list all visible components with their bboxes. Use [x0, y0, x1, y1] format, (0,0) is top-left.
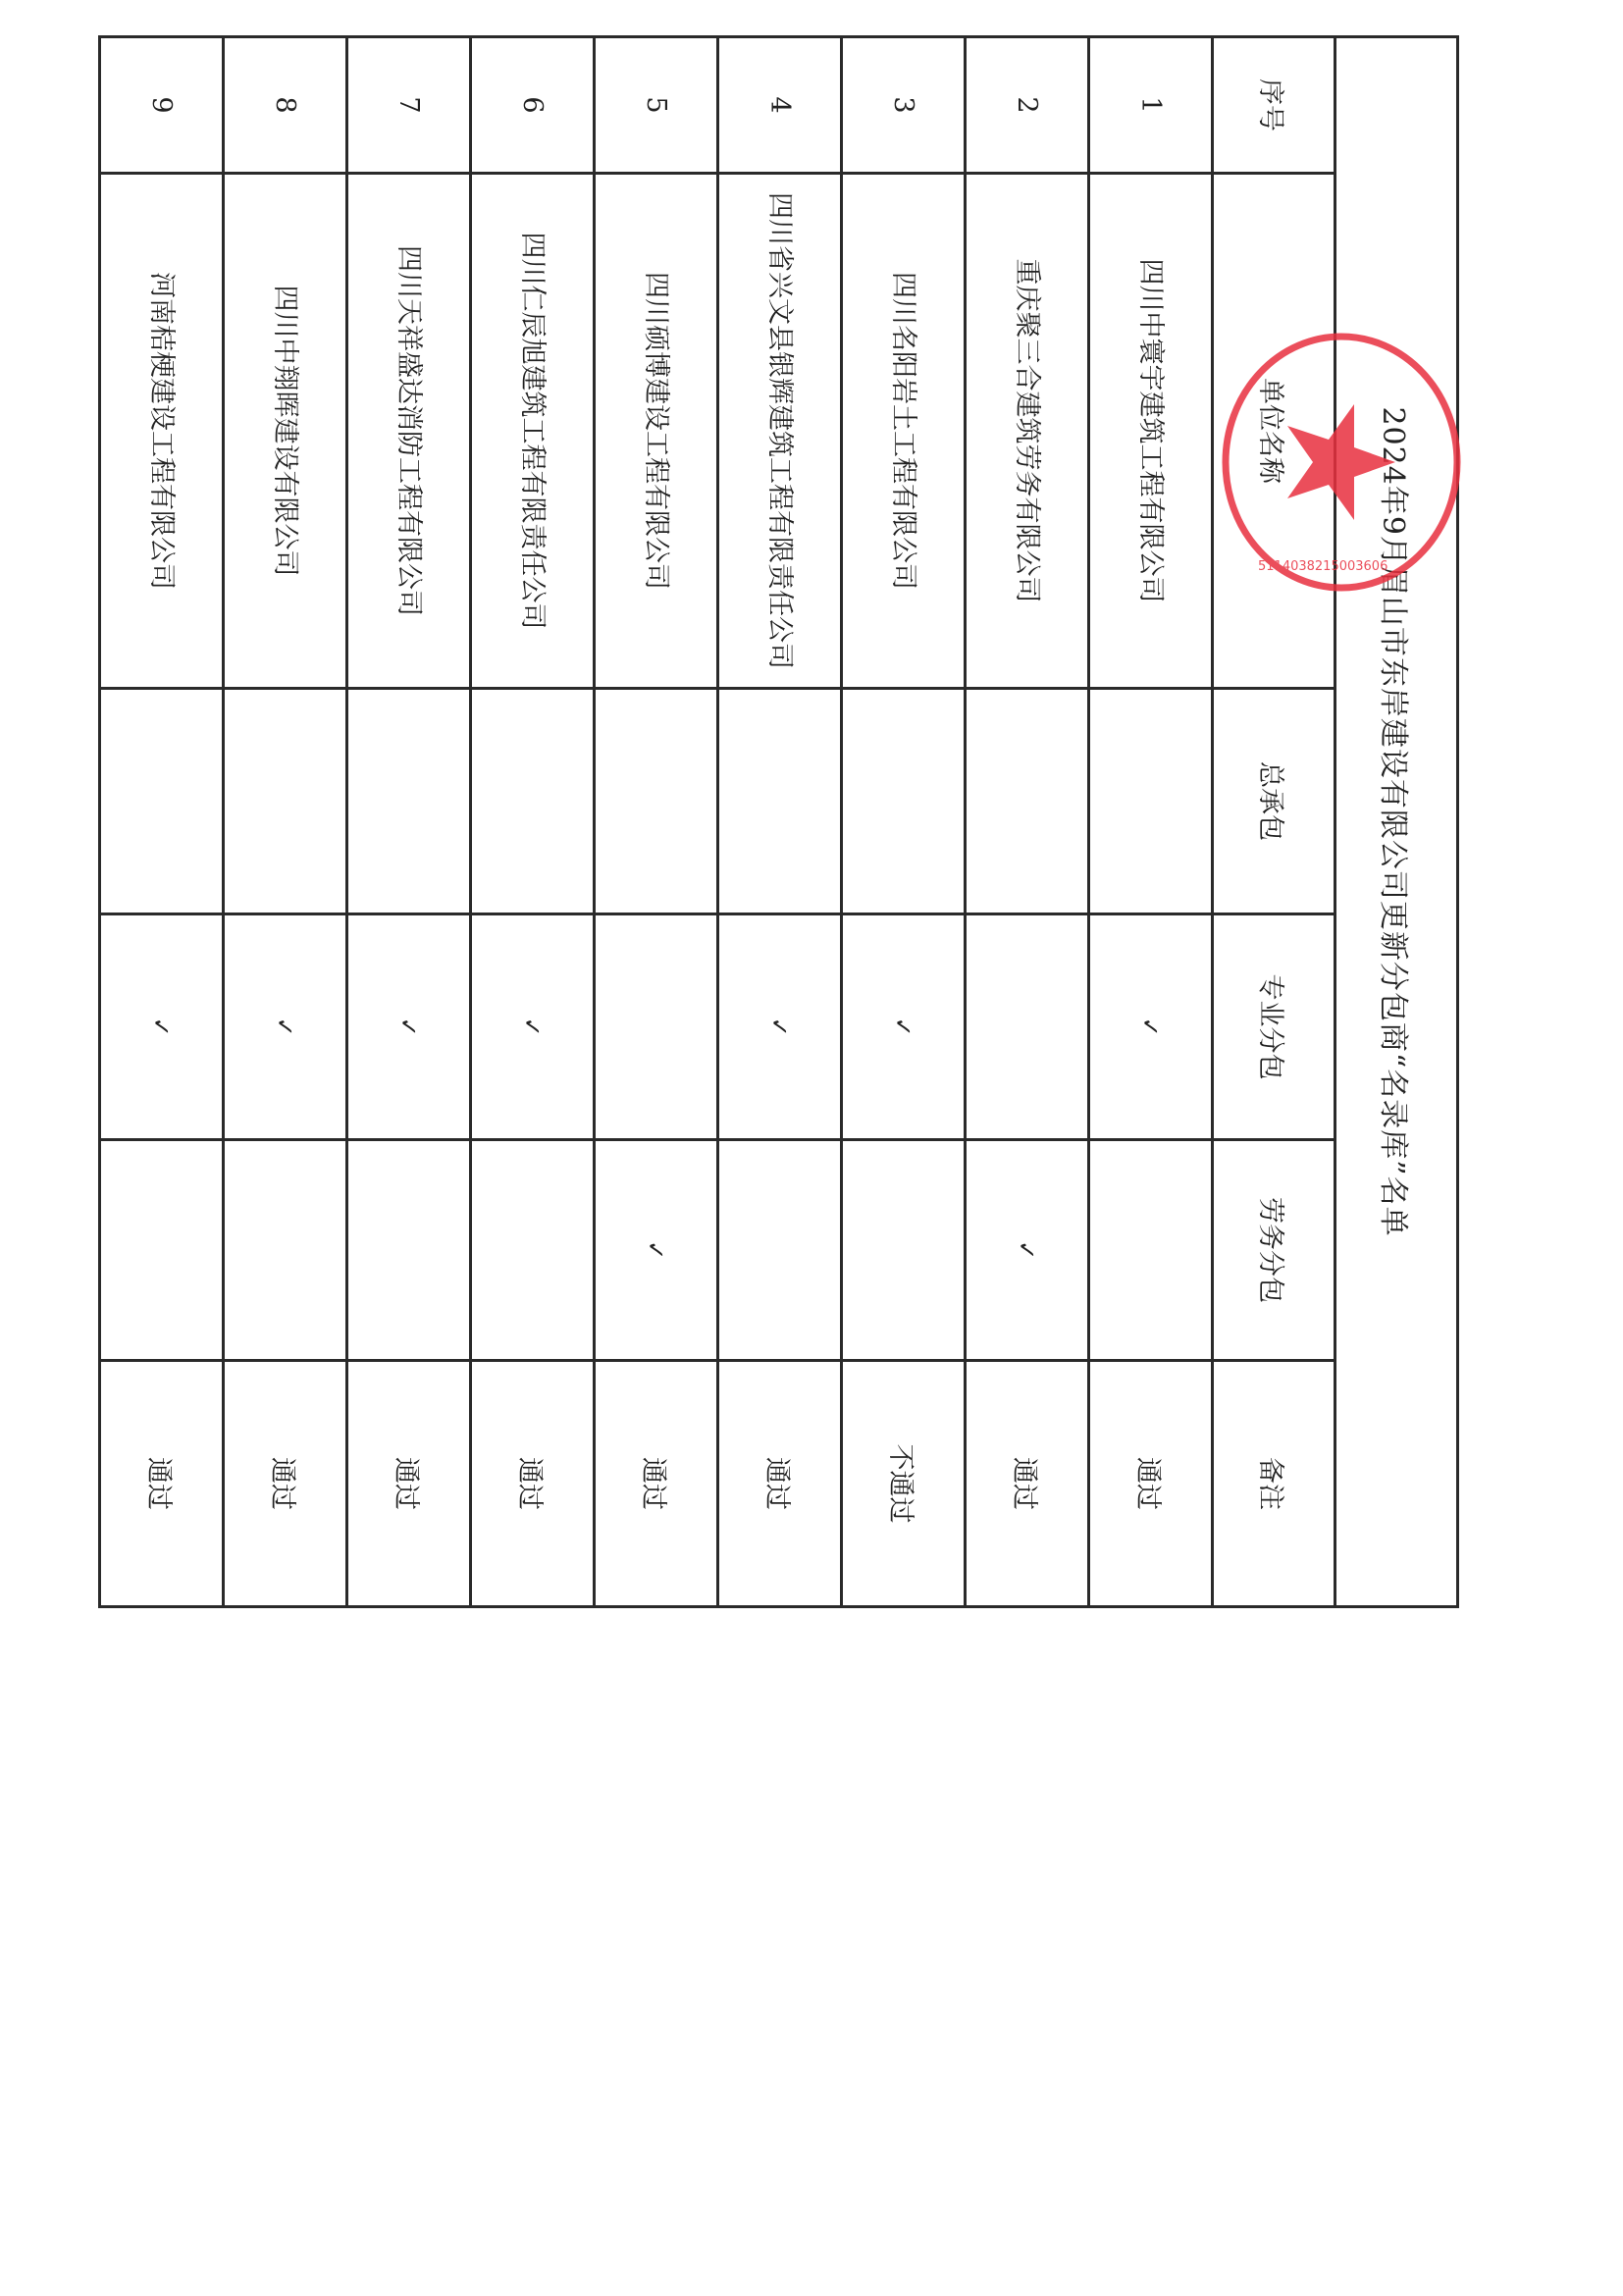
cell-labor-subcontract: ✓ [966, 1140, 1089, 1361]
header-specialty-subcontract: 专业分包 [1213, 914, 1335, 1140]
cell-specialty-subcontract: ✓ [100, 914, 224, 1140]
cell-seq: 7 [347, 37, 471, 174]
cell-labor-subcontract [224, 1140, 347, 1361]
cell-company-name: 四川天祥盛达消防工程有限公司 [347, 174, 471, 689]
cell-company-name: 四川硕博建设工程有限公司 [595, 174, 718, 689]
cell-remarks: 通过 [100, 1361, 224, 1607]
table-row: 5四川硕博建设工程有限公司✓通过 [595, 37, 718, 1607]
cell-company-name: 四川中翔晖建设有限公司 [224, 174, 347, 689]
cell-general-contract [1089, 689, 1213, 914]
cell-labor-subcontract [842, 1140, 966, 1361]
cell-remarks: 不通过 [842, 1361, 966, 1607]
cell-specialty-subcontract [595, 914, 718, 1140]
cell-company-name: 重庆聚三合建筑劳务有限公司 [966, 174, 1089, 689]
document-page: 2024年9月眉山市东岸建设有限公司更新分包商“名录库”名单 序号 单位名称 总… [198, 35, 1459, 1605]
cell-specialty-subcontract: ✓ [347, 914, 471, 1140]
cell-labor-subcontract: ✓ [595, 1140, 718, 1361]
subcontractor-list-table: 2024年9月眉山市东岸建设有限公司更新分包商“名录库”名单 序号 单位名称 总… [98, 35, 1459, 1608]
cell-seq: 1 [1089, 37, 1213, 174]
cell-specialty-subcontract: ✓ [471, 914, 595, 1140]
cell-general-contract [224, 689, 347, 914]
cell-seq: 4 [718, 37, 842, 174]
cell-remarks: 通过 [347, 1361, 471, 1607]
cell-specialty-subcontract [966, 914, 1089, 1140]
cell-general-contract [595, 689, 718, 914]
table-row: 1四川中寰宇建筑工程有限公司✓通过 [1089, 37, 1213, 1607]
cell-remarks: 通过 [595, 1361, 718, 1607]
header-labor-subcontract: 劳务分包 [1213, 1140, 1335, 1361]
header-seq: 序号 [1213, 37, 1335, 174]
cell-general-contract [471, 689, 595, 914]
table-header-row: 序号 单位名称 总承包 专业分包 劳务分包 备注 [1213, 37, 1335, 1607]
cell-labor-subcontract [718, 1140, 842, 1361]
cell-company-name: 四川省兴文县银辉建筑工程有限责任公司 [718, 174, 842, 689]
document-title: 2024年9月眉山市东岸建设有限公司更新分包商“名录库”名单 [1335, 37, 1458, 1607]
cell-remarks: 通过 [966, 1361, 1089, 1607]
table-row: 3四川名阳岩土工程有限公司✓不通过 [842, 37, 966, 1607]
cell-seq: 6 [471, 37, 595, 174]
cell-remarks: 通过 [1089, 1361, 1213, 1607]
cell-company-name: 四川仁辰旭建筑工程有限责任公司 [471, 174, 595, 689]
table-row: 9河南桔梗建设工程有限公司✓通过 [100, 37, 224, 1607]
header-general-contract: 总承包 [1213, 689, 1335, 914]
cell-remarks: 通过 [224, 1361, 347, 1607]
cell-general-contract [842, 689, 966, 914]
cell-seq: 2 [966, 37, 1089, 174]
cell-labor-subcontract [100, 1140, 224, 1361]
header-remarks: 备注 [1213, 1361, 1335, 1607]
cell-company-name: 河南桔梗建设工程有限公司 [100, 174, 224, 689]
cell-labor-subcontract [347, 1140, 471, 1361]
cell-labor-subcontract [471, 1140, 595, 1361]
cell-specialty-subcontract: ✓ [1089, 914, 1213, 1140]
cell-general-contract [718, 689, 842, 914]
table-row: 4四川省兴文县银辉建筑工程有限责任公司✓通过 [718, 37, 842, 1607]
cell-general-contract [966, 689, 1089, 914]
cell-remarks: 通过 [718, 1361, 842, 1607]
cell-seq: 5 [595, 37, 718, 174]
cell-company-name: 四川中寰宇建筑工程有限公司 [1089, 174, 1213, 689]
cell-general-contract [100, 689, 224, 914]
cell-remarks: 通过 [471, 1361, 595, 1607]
cell-general-contract [347, 689, 471, 914]
cell-labor-subcontract [1089, 1140, 1213, 1361]
cell-seq: 8 [224, 37, 347, 174]
table-row: 7四川天祥盛达消防工程有限公司✓通过 [347, 37, 471, 1607]
cell-specialty-subcontract: ✓ [842, 914, 966, 1140]
table-row: 6四川仁辰旭建筑工程有限责任公司✓通过 [471, 37, 595, 1607]
cell-company-name: 四川名阳岩土工程有限公司 [842, 174, 966, 689]
table-row: 8四川中翔晖建设有限公司✓通过 [224, 37, 347, 1607]
cell-seq: 9 [100, 37, 224, 174]
table-row: 2重庆聚三合建筑劳务有限公司✓通过 [966, 37, 1089, 1607]
cell-specialty-subcontract: ✓ [718, 914, 842, 1140]
rotated-table-container: 2024年9月眉山市东岸建设有限公司更新分包商“名录库”名单 序号 单位名称 总… [198, 35, 1459, 1605]
cell-specialty-subcontract: ✓ [224, 914, 347, 1140]
header-name: 单位名称 [1213, 174, 1335, 689]
cell-seq: 3 [842, 37, 966, 174]
